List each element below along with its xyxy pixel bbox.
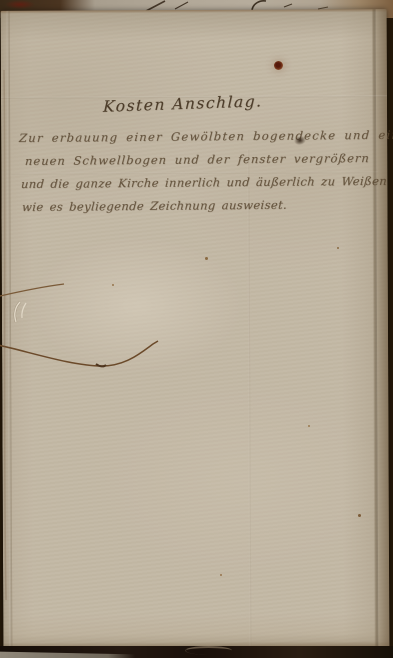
bottom-edge-highlight xyxy=(185,646,232,655)
paper-speck xyxy=(358,514,361,517)
left-binding-crease xyxy=(7,11,13,649)
vertical-crease xyxy=(247,150,251,648)
paper-speck xyxy=(112,284,114,286)
red-wax-mark xyxy=(5,0,35,9)
manuscript-line: neuen Schwellbogen und der fenster vergr… xyxy=(25,151,371,168)
red-ink-spot xyxy=(274,61,283,70)
paper-speck xyxy=(220,574,222,576)
right-page-margin xyxy=(376,9,390,647)
paper-speck xyxy=(205,257,208,260)
worn-corner xyxy=(359,0,393,26)
paper-speck xyxy=(337,247,339,249)
paper-speck xyxy=(308,425,310,427)
page-top-edge xyxy=(1,9,387,14)
manuscript-line: wie es beyliegende Zeichnung ausweiset. xyxy=(22,198,288,214)
manuscript-photo: Kosten Anschlag. Zur erbauung einer Gewö… xyxy=(0,0,393,658)
